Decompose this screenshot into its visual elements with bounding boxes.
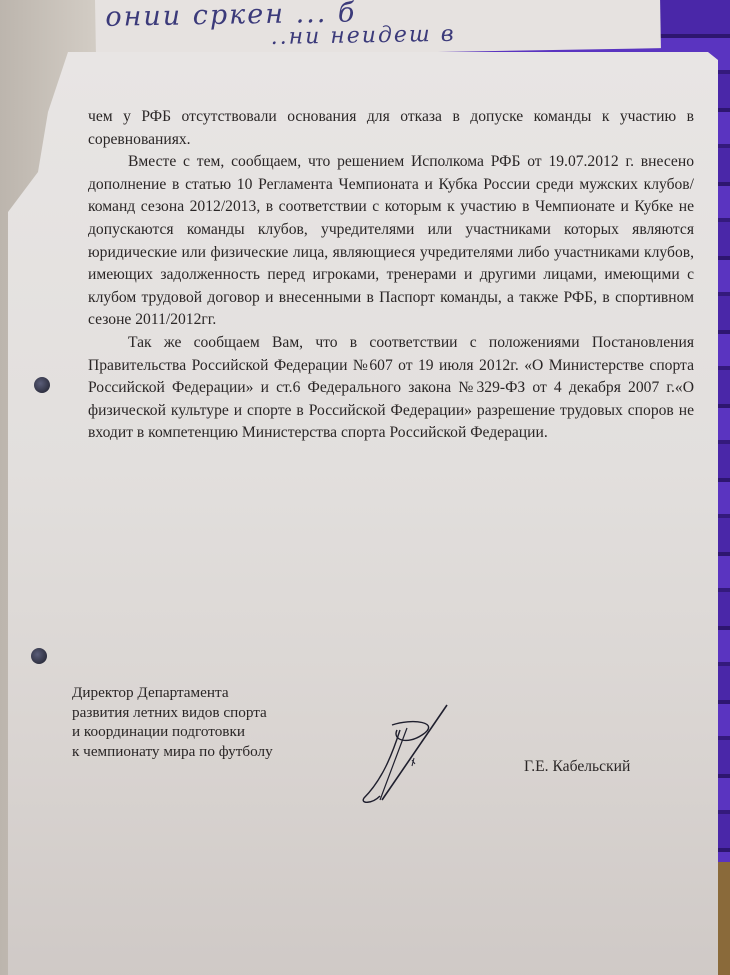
paragraph-1: чем у РФБ отсутствовали основания для от…: [88, 106, 694, 151]
document-body: чем у РФБ отсутствовали основания для от…: [88, 106, 694, 445]
signature-icon: [352, 700, 462, 810]
handwritten-line-2: ..ни неидеш в: [270, 22, 455, 50]
signatory-name: Г.Е. Кабельский: [524, 758, 630, 776]
signatory-title-line: развития летних видов спорта: [72, 703, 273, 723]
paragraph-2: Вместе с тем, сообщаем, что решением Исп…: [88, 151, 694, 332]
signatory-title-line: и координации подготовки: [72, 722, 273, 742]
signatory-title: Директор Департамента развития летних ви…: [72, 683, 273, 761]
signatory-title-line: к чемпионату мира по футболу: [72, 742, 273, 762]
handwritten-note: онии сркен ... б ..ни неидеш в: [95, 0, 661, 58]
signatory-title-line: Директор Департамента: [72, 683, 273, 703]
paragraph-3: Так же сообщаем Вам, что в соответствии …: [88, 332, 694, 445]
punch-hole-icon: [31, 648, 47, 664]
punch-hole-icon: [34, 377, 50, 393]
